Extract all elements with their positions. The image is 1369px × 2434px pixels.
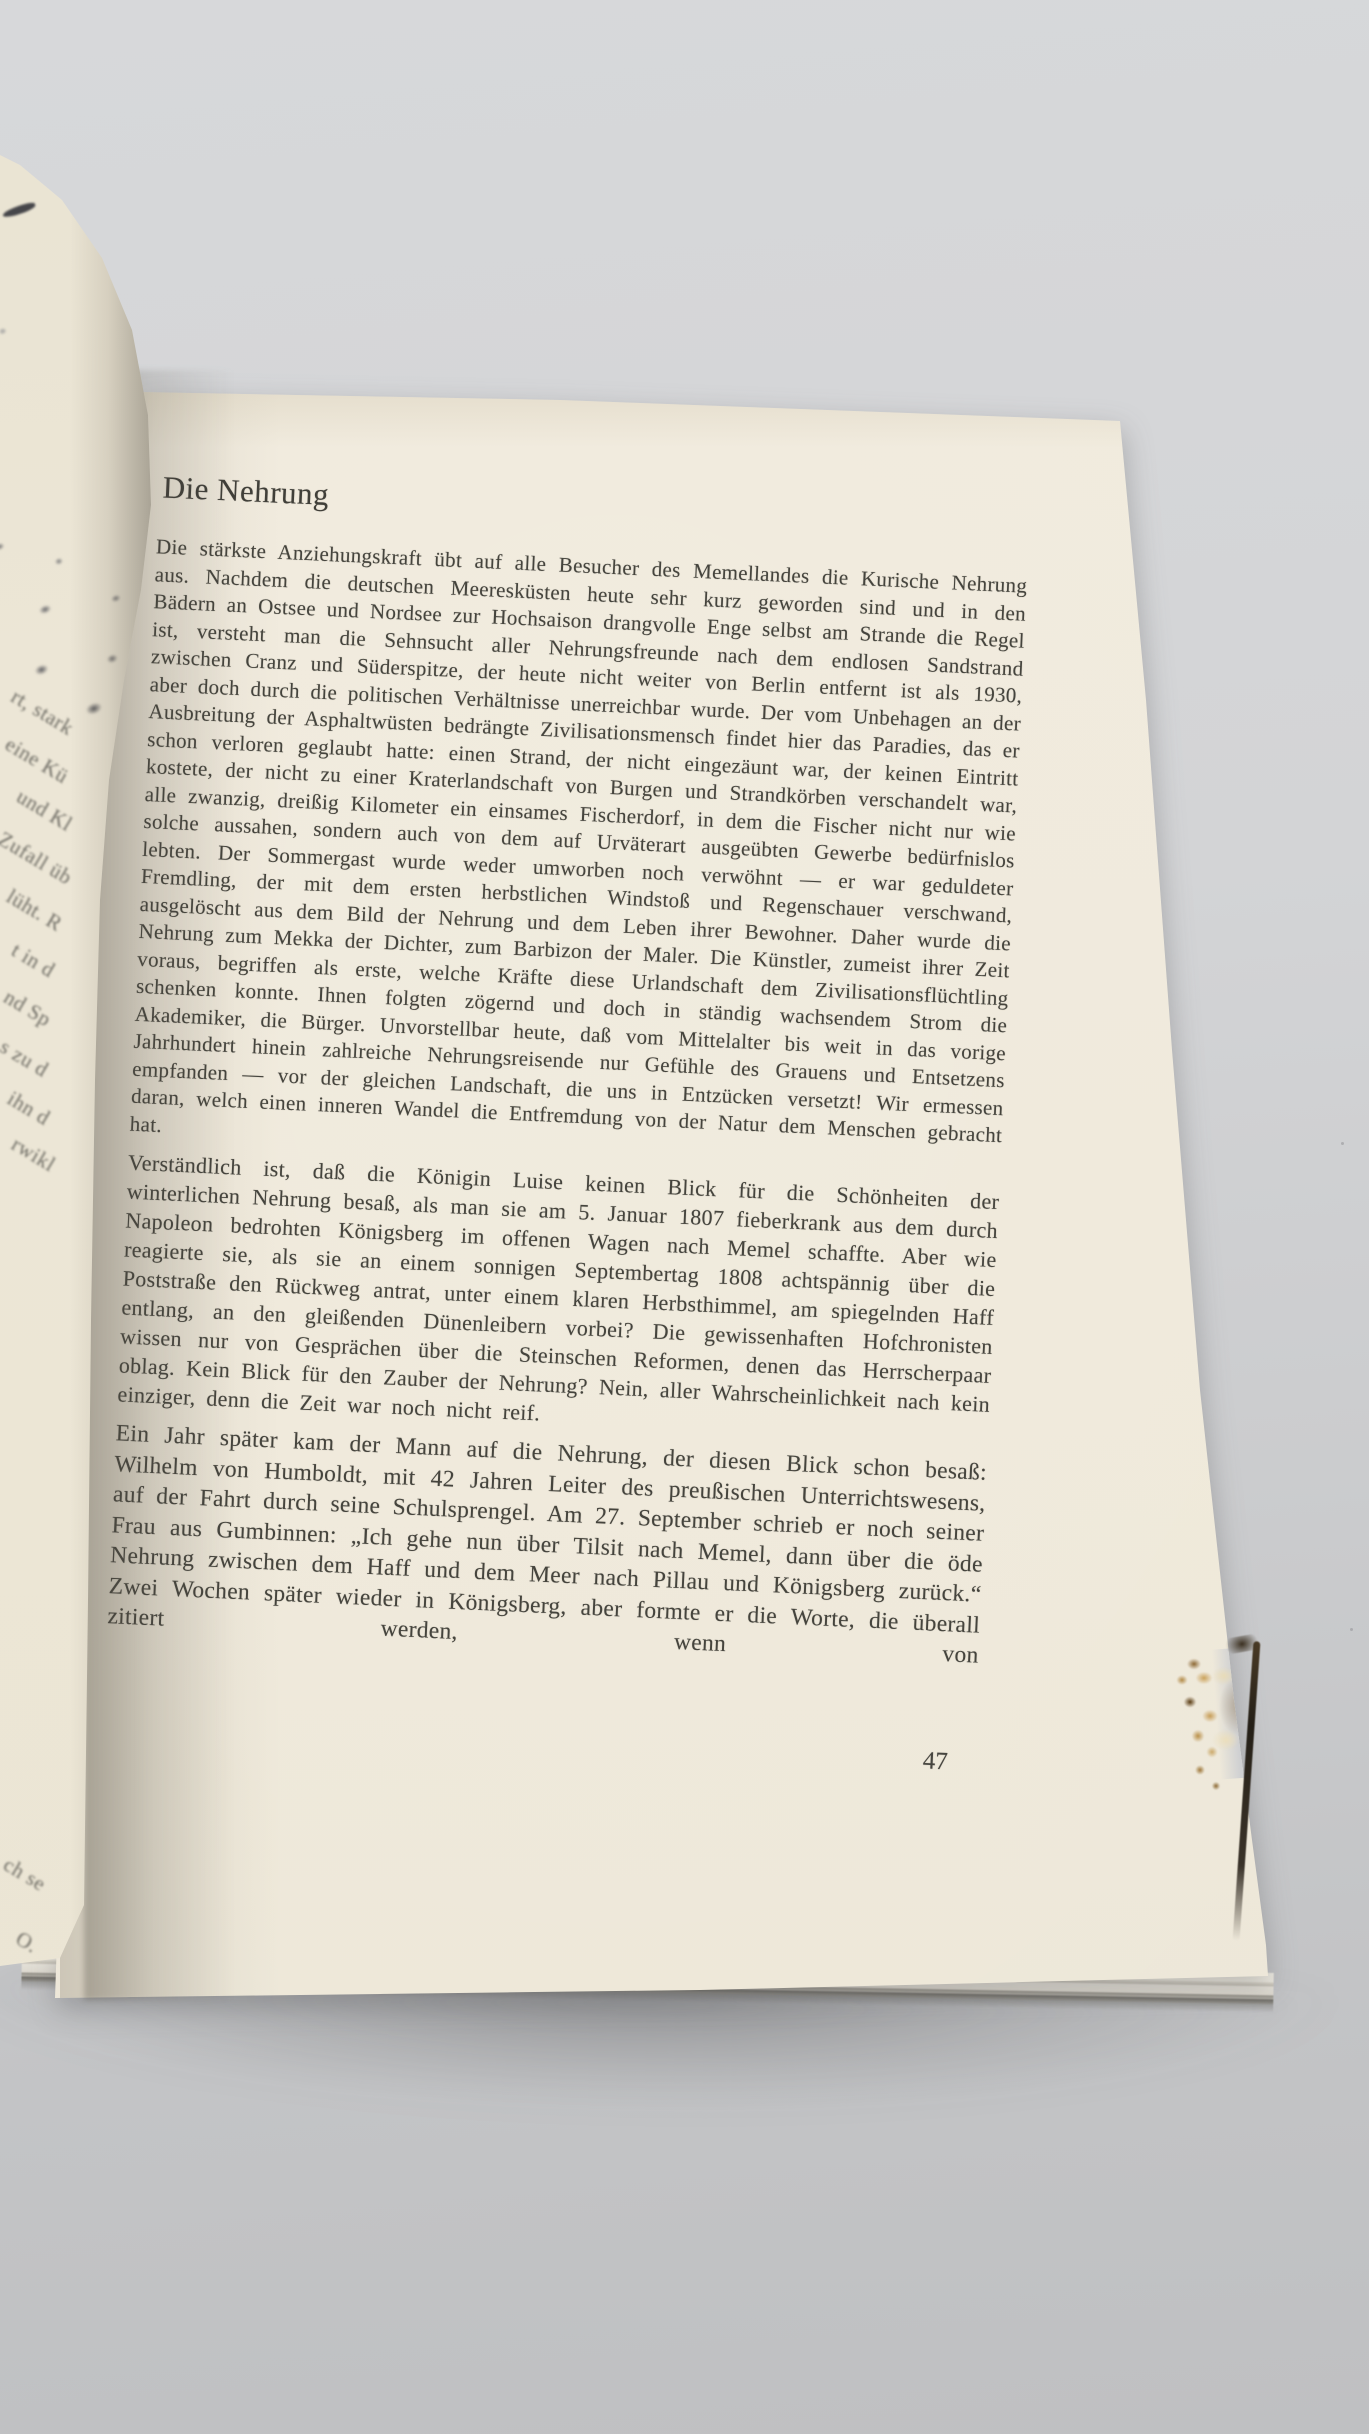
paragraph-1: Die stärkste Anziehungskraft übt auf all… xyxy=(129,533,1028,1177)
printed-text-block: Die Nehrung Die stärkste Anziehungskraft… xyxy=(102,469,1031,1777)
chapter-heading: Die Nehrung xyxy=(162,469,1031,544)
paragraph-3: Ein Jahr später kam der Mann auf die Neh… xyxy=(107,1418,988,1671)
photo-of-open-book: Die Nehrung Die stärkste Anziehungskraft… xyxy=(0,0,1369,2434)
page-top-tint xyxy=(130,388,1130,458)
background-speck xyxy=(1341,1142,1344,1145)
background-speck xyxy=(1350,1628,1353,1631)
paragraph-2: Verständlich ist, daß die Königin Luise … xyxy=(117,1148,1000,1448)
